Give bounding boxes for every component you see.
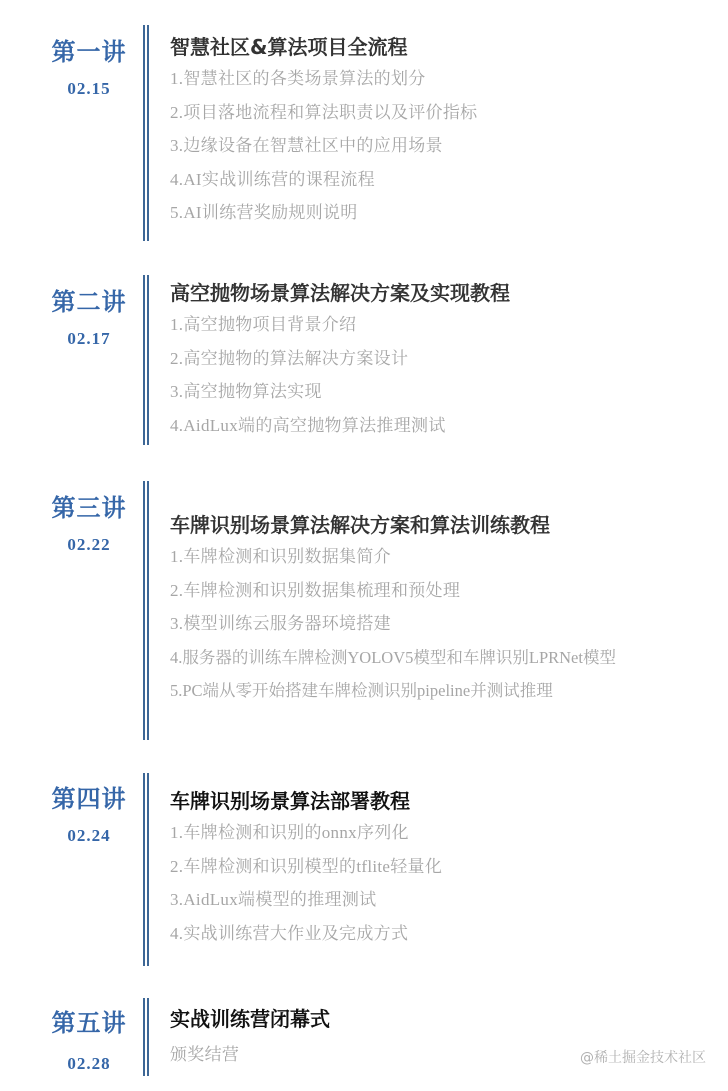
lecture-date: 02.28: [40, 1054, 138, 1074]
divider-line: [143, 773, 149, 966]
watermark: @稀土掘金技术社区: [580, 1047, 706, 1067]
lecture-date: 02.15: [40, 79, 138, 99]
lecture-header: 第三讲 02.22: [40, 488, 138, 555]
lecture-item: 2.项目落地流程和算法职责以及评价指标: [170, 96, 720, 130]
lecture-title: 智慧社区&算法项目全流程: [170, 32, 720, 62]
divider-line: [143, 998, 149, 1076]
lecture-item: 1.车牌检测和识别的onnx序列化: [170, 816, 720, 850]
lecture-title: 车牌识别场景算法解决方案和算法训练教程: [170, 510, 720, 540]
lecture-item: 2.车牌检测和识别数据集梳理和预处理: [170, 574, 720, 608]
lecture-item: 4.实战训练营大作业及完成方式: [170, 917, 720, 951]
lecture-item: 4.服务器的训练车牌检测YOLOV5模型和车牌识别LPRNet模型: [170, 641, 720, 675]
lecture-header: 第二讲 02.17: [40, 282, 138, 349]
divider-line: [143, 481, 149, 740]
lecture-date: 02.24: [40, 826, 138, 846]
lecture-title: 实战训练营闭幕式: [170, 1004, 720, 1034]
lecture-title: 车牌识别场景算法部署教程: [170, 786, 720, 816]
lecture-item: 2.车牌检测和识别模型的tflite轻量化: [170, 850, 720, 884]
lecture-content: 高空抛物场景算法解决方案及实现教程 1.高空抛物项目背景介绍 2.高空抛物的算法…: [170, 278, 720, 442]
lecture-item: 5.AI训练营奖励规则说明: [170, 196, 720, 230]
lecture-content: 智慧社区&算法项目全流程 1.智慧社区的各类场景算法的划分 2.项目落地流程和算…: [170, 32, 720, 230]
lecture-header: 第一讲 02.15: [40, 32, 138, 99]
lecture-item: 1.智慧社区的各类场景算法的划分: [170, 62, 720, 96]
lecture-item: 1.高空抛物项目背景介绍: [170, 308, 720, 342]
lecture-title: 高空抛物场景算法解决方案及实现教程: [170, 278, 720, 308]
lecture-item: 3.高空抛物算法实现: [170, 375, 720, 409]
lecture-item: 4.AI实战训练营的课程流程: [170, 163, 720, 197]
lecture-number: 第二讲: [40, 282, 138, 317]
lecture-date: 02.17: [40, 329, 138, 349]
lecture-item: 2.高空抛物的算法解决方案设计: [170, 342, 720, 376]
lecture-item: 3.AidLux端模型的推理测试: [170, 883, 720, 917]
lecture-item: 4.AidLux端的高空抛物算法推理测试: [170, 409, 720, 443]
lecture-item: 3.边缘设备在智慧社区中的应用场景: [170, 129, 720, 163]
lecture-number: 第五讲: [40, 1003, 138, 1038]
lecture-number: 第一讲: [40, 32, 138, 67]
divider-line: [143, 275, 149, 445]
lecture-item: 3.模型训练云服务器环境搭建: [170, 607, 720, 641]
lecture-number: 第四讲: [40, 779, 138, 814]
lecture-item: 5.PC端从零开始搭建车牌检测识别pipeline并测试推理: [170, 674, 720, 708]
divider-line: [143, 25, 149, 241]
lecture-date: 02.22: [40, 535, 138, 555]
lecture-number: 第三讲: [40, 488, 138, 523]
lecture-content: 车牌识别场景算法部署教程 1.车牌检测和识别的onnx序列化 2.车牌检测和识别…: [170, 786, 720, 950]
lecture-header: 第四讲 02.24: [40, 779, 138, 846]
lecture-header: 第五讲 02.28: [40, 1003, 138, 1074]
lecture-content: 车牌识别场景算法解决方案和算法训练教程 1.车牌检测和识别数据集简介 2.车牌检…: [170, 510, 720, 708]
lecture-item: 1.车牌检测和识别数据集简介: [170, 540, 720, 574]
